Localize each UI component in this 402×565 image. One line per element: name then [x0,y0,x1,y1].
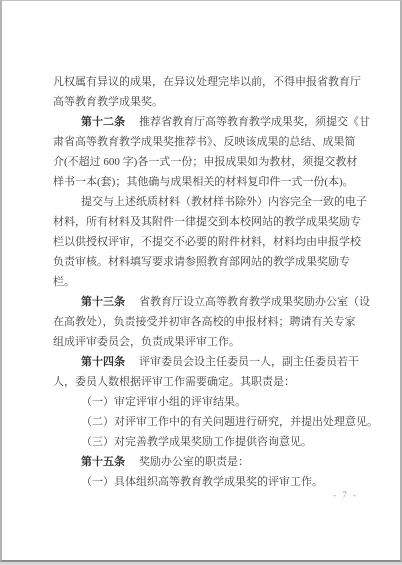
text-line: 人，委员人数根据评审工作需要确定。其职责是： [53,372,365,392]
article-heading: 第十四条 [81,356,125,368]
text-line: （二）对评审工作中的有关问题进行研究，并提出处理意见。 [53,412,365,432]
article-line: 第十四条评审委员会设主任委员一人，副主任委员若干 [53,352,365,372]
text-line: 提交与上述纸质材料（教材样书除外）内容完全一致的电子 [53,192,365,212]
text-line: （三）对完善教学成果奖励工作提供咨询意见。 [53,432,365,452]
text-line: 栏以供授权评审，不提交不必要的附件材料，材料均由申报学校 [53,232,365,252]
text-line: 凡权属有异议的成果，在异议处理完毕以前，不得申报省教育厅 [53,72,365,92]
text-line: （一）具体组织高等教育教学成果奖的评审工作。 [53,472,365,492]
article-text: 推荐省教育厅高等教育教学成果奖，须提交《甘 [139,116,370,128]
article-heading: 第十二条 [81,116,125,128]
text-line: 负责审核。材料填写要求请参照教育部网站的教学成果奖励专 [53,252,365,272]
text-line: 肃省高等教育教学成果奖推荐书》、反映该成果的总结、成果简 [53,132,365,152]
article-text: 省教育厅设立高等教育教学成果奖励办公室（设 [139,296,370,308]
article-line: 第十二条推荐省教育厅高等教育教学成果奖，须提交《甘 [53,112,365,132]
document-text-block: 凡权属有异议的成果，在异议处理完毕以前，不得申报省教育厅高等教育教学成果奖。第十… [53,72,365,492]
text-line: 栏。 [53,272,365,292]
article-heading: 第十三条 [81,296,125,308]
text-line: 样书一本(套)；其他确与成果相关的材料复印件一式一份(本)。 [53,172,365,192]
page-number: - 7 - [333,490,358,500]
article-text: 评审委员会设主任委员一人，副主任委员若干 [139,356,359,368]
text-line: 介(不超过 600 字)各一式一份；申报成果如为教材，须提交教材 [53,152,365,172]
article-line: 第十五条奖励办公室的职责是： [53,452,365,472]
document-page: 凡权属有异议的成果，在异议处理完毕以前，不得申报省教育厅高等教育教学成果奖。第十… [0,0,402,562]
text-line: 在高教处），负责接受并初审各高校的申报材料；聘请有关专家 [53,312,365,332]
article-line: 第十三条省教育厅设立高等教育教学成果奖励办公室（设 [53,292,365,312]
article-heading: 第十五条 [81,456,125,468]
text-line: （一）审定评审小组的评审结果。 [53,392,365,412]
text-line: 组成评审委员会，负责成果评审工作。 [53,332,365,352]
article-text: 奖励办公室的职责是： [139,456,249,468]
text-line: 材料，所有材料及其附件一律提交到本校网站的教学成果奖励专 [53,212,365,232]
text-line: 高等教育教学成果奖。 [53,92,365,112]
